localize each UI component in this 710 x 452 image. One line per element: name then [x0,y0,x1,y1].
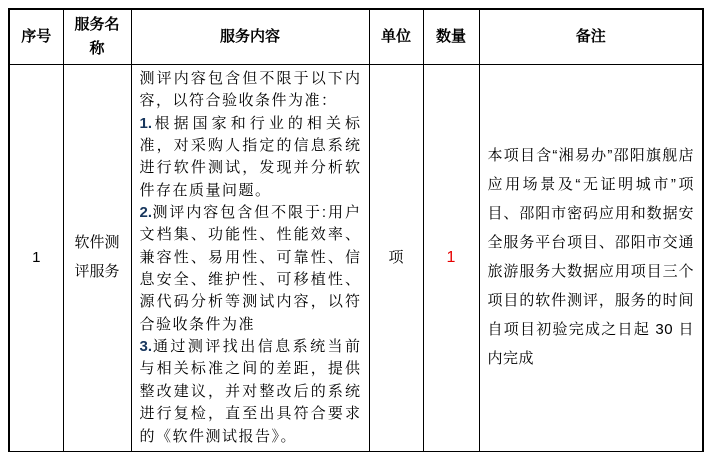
cell-seq-no: 1 [9,65,63,452]
content-item-1-number: 1. [140,115,153,132]
content-item-1-text: 根据国家和行业的相关标准，对采购人指定的信息系统进行软件测试，发现并分析软件存在… [140,115,362,199]
header-quantity: 数量 [423,9,479,65]
procurement-service-table: 序号 服务名称 服务内容 单位 数量 备注 1 软件测评服务 测评内容包含但不限… [8,8,704,452]
header-row: 序号 服务名称 服务内容 单位 数量 备注 [9,9,703,65]
cell-quantity: 1 [423,65,479,452]
header-remark: 备注 [479,9,703,65]
content-item-2: 2.测评内容包含但不限于:用户文档集、功能性、性能效率、兼容性、易用性、可靠性、… [140,202,362,336]
content-item-2-text: 测评内容包含但不限于:用户文档集、功能性、性能效率、兼容性、易用性、可靠性、信息… [140,204,362,333]
header-seq-no: 序号 [9,9,63,65]
document-page: 序号 服务名称 服务内容 单位 数量 备注 1 软件测评服务 测评内容包含但不限… [0,0,710,452]
header-unit: 单位 [369,9,423,65]
content-item-3: 3.通过测评找出信息系统当前与相关标准之间的差距，提供整改建议，并对整改后的系统… [140,336,362,448]
cell-service-content: 测评内容包含但不限于以下内容，以符合验收条件为准： 1.根据国家和行业的相关标准… [131,65,369,452]
cell-unit: 项 [369,65,423,452]
header-service-content: 服务内容 [131,9,369,65]
content-item-3-number: 3. [140,338,153,355]
content-intro-text: 测评内容包含但不限于以下内容，以符合验收条件为准： [140,70,362,109]
content-item-3-text: 通过测评找出信息系统当前与相关标准之间的差距，提供整改建议，并对整改后的系统进行… [140,338,362,444]
cell-remark: 本项目含“湘易办”邵阳旗舰店应用场景及“无证明城市”项目、邵阳市密码应用和数据安… [479,65,703,452]
content-intro-paragraph: 测评内容包含但不限于以下内容，以符合验收条件为准： [140,68,362,113]
header-service-name: 服务名称 [63,9,131,65]
content-item-2-number: 2. [140,204,153,221]
cell-service-name: 软件测评服务 [63,65,131,452]
content-item-1: 1.根据国家和行业的相关标准，对采购人指定的信息系统进行软件测试，发现并分析软件… [140,113,362,202]
table-row: 1 软件测评服务 测评内容包含但不限于以下内容，以符合验收条件为准： 1.根据国… [9,65,703,452]
